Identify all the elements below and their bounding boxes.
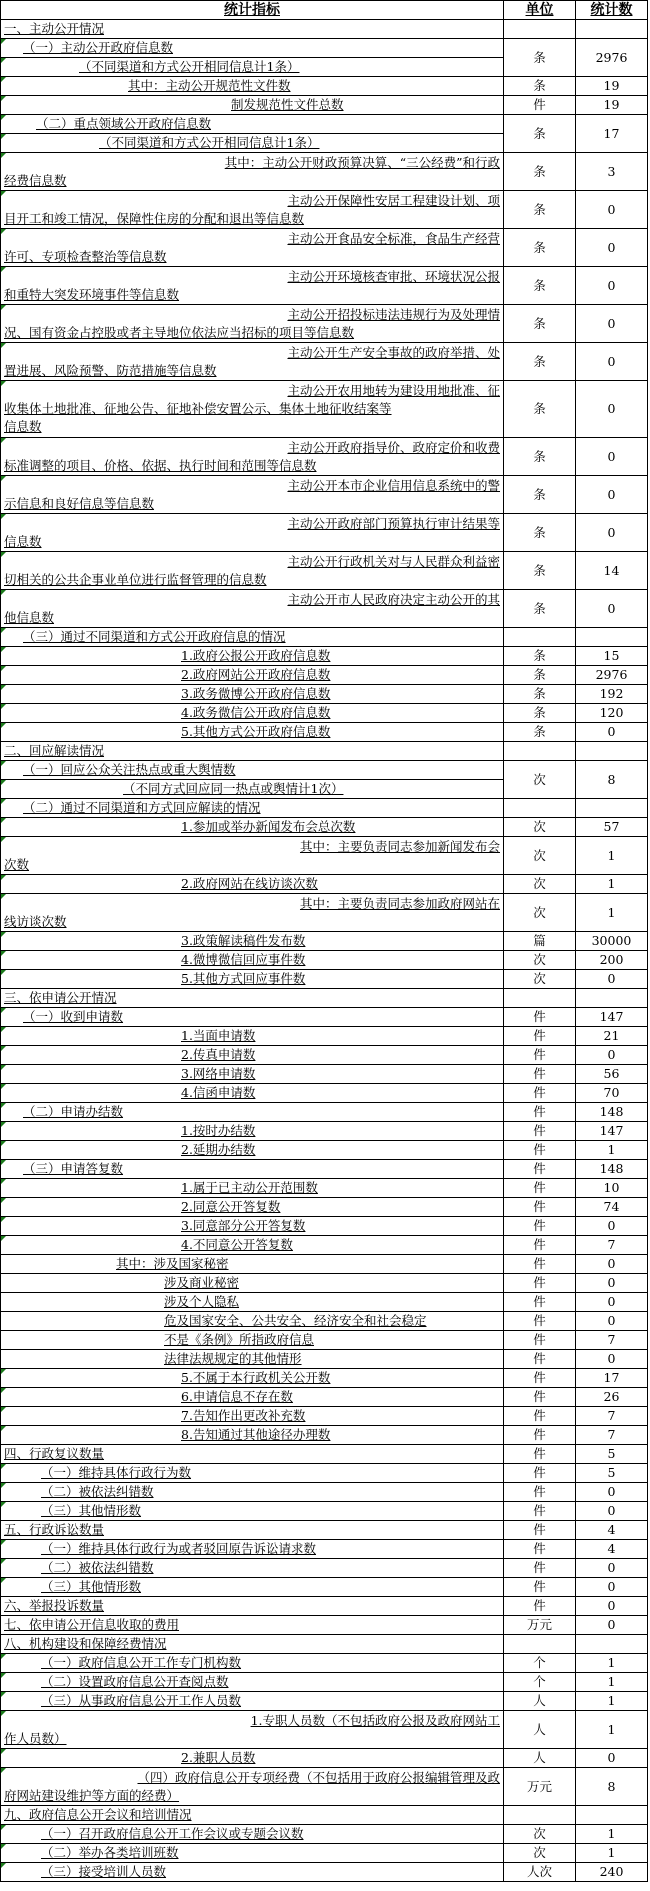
count-cell[interactable]: 0 <box>576 191 648 229</box>
row-label[interactable]: 主动公开生产安全事故的政府举措、处置进展、风险预警、防范措施等信息数 <box>1 343 504 381</box>
count-cell[interactable]: 0 <box>576 476 648 514</box>
row-label[interactable]: 3.同意部分公开答复数 <box>1 1217 504 1236</box>
section-label: 八、机构建设和保障经费情况 <box>1 1635 504 1654</box>
section-label: 五、行政诉讼数量 <box>1 1521 504 1540</box>
row-label[interactable]: 4.不同意公开答复数 <box>1 1236 504 1255</box>
row-prefix: 其中： <box>116 1256 154 1271</box>
row-label[interactable]: 1.政府公报公开政府信息数 <box>1 647 504 666</box>
table-row: 主动公开生产安全事故的政府举措、处置进展、风险预警、防范措施等信息数 条 0 <box>1 343 648 381</box>
row-label[interactable]: 4.信函申请数 <box>1 1084 504 1103</box>
table-row: 3.政务微博公开政府信息数 条 192 <box>1 685 648 704</box>
count-cell[interactable]: 17 <box>576 115 648 153</box>
count-cell[interactable]: 0 <box>576 723 648 742</box>
table-row: 主动公开本市企业信用信息系统中的警示信息和良好信息等信息数 条 0 <box>1 476 648 514</box>
table-row: 主动公开政府指导价、政府定价和收费标准调整的项目、价格、依据、执行时间和范围等信… <box>1 438 648 476</box>
count-cell[interactable]: 147 <box>576 1122 648 1141</box>
unit-cell[interactable]: 条 <box>504 590 576 628</box>
table-row: 主动公开食品安全标准，食品生产经营许可、专项检查整治等信息数 条 0 <box>1 229 648 267</box>
count-cell[interactable]: 30000 <box>576 932 648 951</box>
statistics-table: 统计指标 单位 统计数 一、主动公开情况 （一）主动公开政府信息数 条 2976… <box>0 0 648 1882</box>
table-row: （三）申请答复数 件 148 <box>1 1160 648 1179</box>
row-label[interactable]: （一）维持具体行政行为数 <box>1 1464 504 1483</box>
table-row: （二）通过不同渠道和方式回应解读的情况 <box>1 799 648 818</box>
row-label[interactable]: 6.申请信息不存在数 <box>1 1388 504 1407</box>
table-row: 不是《条例》所指政府信息 件 7 <box>1 1331 648 1350</box>
count-cell[interactable]: 240 <box>576 1863 648 1882</box>
unit-cell[interactable]: 件 <box>504 1255 576 1274</box>
unit-cell[interactable]: 条 <box>504 229 576 267</box>
unit-cell[interactable]: 件 <box>504 1179 576 1198</box>
section-label: 六、举报投诉数量 <box>1 1597 504 1616</box>
unit-cell[interactable]: 次 <box>504 761 576 799</box>
row-label[interactable]: 主动公开农用地转为建设用地批准、征收集体土地批准、征地公告、征地补偿安置公示、集… <box>1 381 504 438</box>
unit-cell[interactable]: 条 <box>504 723 576 742</box>
count-cell[interactable]: 0 <box>576 970 648 989</box>
row-label[interactable]: 其中：主要负责同志参加政府网站在线访谈次数 <box>1 894 504 932</box>
statistics-sheet: 统计指标 单位 统计数 一、主动公开情况 （一）主动公开政府信息数 条 2976… <box>0 0 647 1882</box>
unit-cell[interactable]: 个 <box>504 1673 576 1692</box>
section-row: 六、举报投诉数量 件 0 <box>1 1597 648 1616</box>
count-cell[interactable]: 1 <box>576 837 648 875</box>
count-cell[interactable]: 74 <box>576 1198 648 1217</box>
row-label[interactable]: 主动公开市人民政府决定主动公开的其他信息数 <box>1 590 504 628</box>
row-label[interactable]: 8.告知通过其他途径办理数 <box>1 1426 504 1445</box>
table-row: （一）回应公众关注热点或重大舆情数 次 8 <box>1 761 648 780</box>
unit-cell[interactable]: 万元 <box>504 1616 576 1635</box>
count-cell[interactable]: 1 <box>576 1711 648 1749</box>
unit-cell[interactable]: 条 <box>504 191 576 229</box>
row-label[interactable]: 4.微博微信回应事件数 <box>1 951 504 970</box>
header-count: 统计数 <box>576 1 648 20</box>
unit-cell[interactable]: 件 <box>504 1483 576 1502</box>
table-row: 1.属于已主动公开范围数 件 10 <box>1 1179 648 1198</box>
unit-cell[interactable]: 件 <box>504 1236 576 1255</box>
count-cell[interactable]: 200 <box>576 951 648 970</box>
count-cell[interactable]: 1 <box>576 894 648 932</box>
count-cell[interactable]: 1 <box>576 1141 648 1160</box>
count-cell[interactable]: 0 <box>576 1483 648 1502</box>
section-row: 八、机构建设和保障经费情况 <box>1 1635 648 1654</box>
unit-cell[interactable]: 件 <box>504 1198 576 1217</box>
table-row: 4.政务微信公开政府信息数 条 120 <box>1 704 648 723</box>
unit-cell[interactable]: 条 <box>504 77 576 96</box>
table-row: 主动公开政府部门预算执行审计结果等信息数 条 0 <box>1 514 648 552</box>
section-label: 一、主动公开情况 <box>1 20 504 39</box>
row-label[interactable]: 1.属于已主动公开范围数 <box>1 1179 504 1198</box>
row-label[interactable]: 4.政务微信公开政府信息数 <box>1 704 504 723</box>
table-row: 1.按时办结数 件 147 <box>1 1122 648 1141</box>
table-row: 涉及个人隐私 件 0 <box>1 1293 648 1312</box>
table-row: 主动公开保障性安居工程建设计划、项目开工和竣工情况，保障性住房的分配和退出等信息… <box>1 191 648 229</box>
section-row: 五、行政诉讼数量 件 4 <box>1 1521 648 1540</box>
row-label[interactable]: 其中：主动公开规范性文件数 <box>1 77 504 96</box>
row-label[interactable]: 1.按时办结数 <box>1 1122 504 1141</box>
unit-cell[interactable]: 条 <box>504 685 576 704</box>
count-cell[interactable]: 1 <box>576 1673 648 1692</box>
count-cell[interactable]: 4 <box>576 1521 648 1540</box>
section-label: 七、依申请公开信息收取的费用 <box>1 1616 504 1635</box>
count-cell[interactable]: 56 <box>576 1065 648 1084</box>
count-cell[interactable]: 1 <box>576 1692 648 1711</box>
row-label[interactable]: 制发规范性文件总数 <box>1 96 504 115</box>
count-cell[interactable]: 147 <box>576 1008 648 1027</box>
unit-cell[interactable]: 件 <box>504 1578 576 1597</box>
unit-cell[interactable]: 条 <box>504 704 576 723</box>
table-row: （二）举办各类培训班数 次 1 <box>1 1844 648 1863</box>
table-row: 3.同意部分公开答复数 件 0 <box>1 1217 648 1236</box>
unit-cell[interactable]: 件 <box>504 1160 576 1179</box>
row-label[interactable]: （三）通过不同渠道和方式公开政府信息的情况 <box>1 628 504 647</box>
row-label[interactable]: 5.其他方式回应事件数 <box>1 970 504 989</box>
section-row: 四、行政复议数量 件 5 <box>1 1445 648 1464</box>
count-cell[interactable]: 148 <box>576 1103 648 1122</box>
table-row: （二）设置政府信息公开查阅点数 个 1 <box>1 1673 648 1692</box>
row-label[interactable]: 1.专职人员数（不包括政府公报及政府网站工作人员数） <box>1 1711 504 1749</box>
count-cell[interactable]: 8 <box>576 1768 648 1806</box>
count-cell[interactable]: 0 <box>576 1046 648 1065</box>
row-note[interactable]: （不同渠道和方式公开相同信息计1条） <box>1 58 504 77</box>
unit-cell[interactable]: 件 <box>504 96 576 115</box>
count-cell[interactable]: 0 <box>576 229 648 267</box>
table-row: （一）维持具体行政行为或者驳回原告诉讼请求数 件 4 <box>1 1540 648 1559</box>
count-cell[interactable]: 19 <box>576 96 648 115</box>
table-row: 主动公开招投标违法违规行为及处理情况、国有资金占控股或者主导地位依法应当招标的项… <box>1 305 648 343</box>
unit-cell[interactable]: 条 <box>504 153 576 191</box>
table-row: 4.不同意公开答复数 件 7 <box>1 1236 648 1255</box>
table-row: 涉及商业秘密 件 0 <box>1 1274 648 1293</box>
table-row: 2.延期办结数 件 1 <box>1 1141 648 1160</box>
count-cell[interactable]: 0 <box>576 1293 648 1312</box>
unit-cell[interactable]: 条 <box>504 115 576 153</box>
table-row: 4.信函申请数 件 70 <box>1 1084 648 1103</box>
unit-cell[interactable]: 篇 <box>504 932 576 951</box>
row-label[interactable]: （三）从事政府信息公开工作人员数 <box>1 1692 504 1711</box>
table-row: （三）其他情形数 件 0 <box>1 1578 648 1597</box>
row-label[interactable]: 其中：主动公开财政预算决算、“三公经费”和行政经费信息数 <box>1 153 504 191</box>
count-cell[interactable]: 0 <box>576 590 648 628</box>
table-row: 1.政府公报公开政府信息数 条 15 <box>1 647 648 666</box>
table-row: （一）维持具体行政行为数 件 5 <box>1 1464 648 1483</box>
unit-cell[interactable]: 件 <box>504 1350 576 1369</box>
row-label[interactable]: （三）申请答复数 <box>1 1160 504 1179</box>
table-row: 主动公开市人民政府决定主动公开的其他信息数 条 0 <box>1 590 648 628</box>
row-label[interactable]: 3.政策解读稿件发布数 <box>1 932 504 951</box>
count-cell[interactable]: 1 <box>576 1844 648 1863</box>
unit-cell[interactable]: 条 <box>504 666 576 685</box>
count-cell[interactable]: 1 <box>576 875 648 894</box>
row-label[interactable]: 2.兼职人员数 <box>1 1749 504 1768</box>
row-label[interactable]: （三）其他情形数 <box>1 1502 504 1521</box>
row-label[interactable]: 危及国家安全、公共安全、经济安全和社会稳定 <box>1 1312 504 1331</box>
unit-cell[interactable]: 件 <box>504 1065 576 1084</box>
table-row: 2.政府网站公开政府信息数 条 2976 <box>1 666 648 685</box>
row-label[interactable]: 其中：涉及国家秘密 <box>1 1255 504 1274</box>
section-row: 七、依申请公开信息收取的费用 万元 0 <box>1 1616 648 1635</box>
row-label[interactable]: 7.告知作出更改补充数 <box>1 1407 504 1426</box>
unit-cell[interactable]: 件 <box>504 1084 576 1103</box>
table-row: 6.申请信息不存在数 件 26 <box>1 1388 648 1407</box>
table-row: 2.政府网站在线访谈次数 次 1 <box>1 875 648 894</box>
row-label[interactable]: 主动公开环境核查审批、环境状况公报和重特大突发环境事件等信息数 <box>1 267 504 305</box>
unit-cell[interactable]: 人 <box>504 1749 576 1768</box>
row-label[interactable]: （二）被依法纠错数 <box>1 1559 504 1578</box>
count-cell[interactable]: 7 <box>576 1331 648 1350</box>
row-label[interactable]: 2.传真申请数 <box>1 1046 504 1065</box>
row-label[interactable]: （二）举办各类培训班数 <box>1 1844 504 1863</box>
table-row: （四）政府信息公开专项经费（不包括用于政府公报编辑管理及政府网站建设维护等方面的… <box>1 1768 648 1806</box>
unit-cell[interactable]: 件 <box>504 1502 576 1521</box>
unit-cell[interactable]: 次 <box>504 894 576 932</box>
table-row: 主动公开环境核查审批、环境状况公报和重特大突发环境事件等信息数 条 0 <box>1 267 648 305</box>
count-cell[interactable]: 0 <box>576 305 648 343</box>
count-cell[interactable]: 0 <box>576 343 648 381</box>
count-cell[interactable]: 2976 <box>576 39 648 77</box>
table-row: 其中：主动公开规范性文件数 条 19 <box>1 77 648 96</box>
unit-cell[interactable]: 个 <box>504 1654 576 1673</box>
unit-cell[interactable]: 件 <box>504 1559 576 1578</box>
row-label[interactable]: （一）回应公众关注热点或重大舆情数 <box>1 761 504 780</box>
unit-cell[interactable]: 件 <box>504 1027 576 1046</box>
row-label[interactable]: （三）接受培训人员数 <box>1 1863 504 1882</box>
count-cell[interactable]: 21 <box>576 1027 648 1046</box>
unit-cell[interactable]: 次 <box>504 951 576 970</box>
count-cell[interactable]: 0 <box>576 1312 648 1331</box>
unit-cell[interactable]: 条 <box>504 647 576 666</box>
unit-cell[interactable]: 件 <box>504 1312 576 1331</box>
unit-cell[interactable]: 条 <box>504 343 576 381</box>
unit-cell[interactable]: 件 <box>504 1464 576 1483</box>
row-label[interactable]: 2.同意公开答复数 <box>1 1198 504 1217</box>
row-label[interactable]: （二）设置政府信息公开查阅点数 <box>1 1673 504 1692</box>
row-label[interactable]: （二）被依法纠错数 <box>1 1483 504 1502</box>
row-label[interactable]: 法律法规规定的其他情形 <box>1 1350 504 1369</box>
unit-cell[interactable]: 条 <box>504 476 576 514</box>
table-row: （二）被依法纠错数 件 0 <box>1 1559 648 1578</box>
unit-cell[interactable]: 人次 <box>504 1863 576 1882</box>
unit-cell[interactable]: 件 <box>504 1122 576 1141</box>
row-label[interactable]: 3.网络申请数 <box>1 1065 504 1084</box>
unit-cell[interactable]: 件 <box>504 1217 576 1236</box>
count-cell[interactable]: 0 <box>576 267 648 305</box>
table-row: 其中：主要负责同志参加新闻发布会次数 次 1 <box>1 837 648 875</box>
count-cell[interactable]: 3 <box>576 153 648 191</box>
count-cell[interactable]: 8 <box>576 761 648 799</box>
table-row: 制发规范性文件总数 件 19 <box>1 96 648 115</box>
table-row: （三）从事政府信息公开工作人员数 人 1 <box>1 1692 648 1711</box>
table-row: （二）申请办结数 件 148 <box>1 1103 648 1122</box>
unit-cell[interactable]: 件 <box>504 1274 576 1293</box>
table-row: 5.其他方式公开政府信息数 条 0 <box>1 723 648 742</box>
table-row: 2.传真申请数 件 0 <box>1 1046 648 1065</box>
count-cell[interactable]: 0 <box>576 1597 648 1616</box>
count-cell[interactable]: 0 <box>576 1749 648 1768</box>
table-row: 1.专职人员数（不包括政府公报及政府网站工作人员数） 人 1 <box>1 1711 648 1749</box>
table-row: 其中：涉及国家秘密 件 0 <box>1 1255 648 1274</box>
count-cell[interactable]: 0 <box>576 1255 648 1274</box>
count-cell[interactable]: 0 <box>576 438 648 476</box>
row-label[interactable]: 5.其他方式公开政府信息数 <box>1 723 504 742</box>
count-cell[interactable]: 192 <box>576 685 648 704</box>
row-label[interactable]: 主动公开保障性安居工程建设计划、项目开工和竣工情况，保障性住房的分配和退出等信息… <box>1 191 504 229</box>
unit-cell[interactable]: 次 <box>504 970 576 989</box>
section-row: 九、政府信息公开会议和培训情况 <box>1 1806 648 1825</box>
count-cell[interactable]: 0 <box>576 1274 648 1293</box>
header-unit: 单位 <box>504 1 576 20</box>
count-cell[interactable]: 57 <box>576 818 648 837</box>
row-label[interactable]: （二）申请办结数 <box>1 1103 504 1122</box>
row-label[interactable]: （四）政府信息公开专项经费（不包括用于政府公报编辑管理及政府网站建设维护等方面的… <box>1 1768 504 1806</box>
row-label[interactable]: 主动公开食品安全标准，食品生产经营许可、专项检查整治等信息数 <box>1 229 504 267</box>
count-cell[interactable]: 5 <box>576 1445 648 1464</box>
row-note[interactable]: （不同方式回应同一热点或舆情计1次） <box>1 780 504 799</box>
unit-cell[interactable]: 件 <box>504 1407 576 1426</box>
unit-cell[interactable]: 次 <box>504 1844 576 1863</box>
section-label: 二、回应解读情况 <box>1 742 504 761</box>
count-cell[interactable]: 10 <box>576 1179 648 1198</box>
count-cell[interactable]: 2976 <box>576 666 648 685</box>
unit-cell[interactable]: 条 <box>504 514 576 552</box>
unit-cell[interactable]: 条 <box>504 438 576 476</box>
count-cell[interactable]: 0 <box>576 1350 648 1369</box>
unit-cell[interactable]: 人 <box>504 1692 576 1711</box>
row-note[interactable]: （不同渠道和方式公开相同信息计1条） <box>1 134 504 153</box>
count-cell[interactable]: 14 <box>576 552 648 590</box>
table-row: 1.当面申请数 件 21 <box>1 1027 648 1046</box>
count-cell[interactable]: 17 <box>576 1369 648 1388</box>
row-label[interactable]: （一）维持具体行政行为或者驳回原告诉讼请求数 <box>1 1540 504 1559</box>
count-cell[interactable]: 7 <box>576 1426 648 1445</box>
row-label[interactable]: 2.政府网站在线访谈次数 <box>1 875 504 894</box>
row-label[interactable]: （一）召开政府信息公开工作会议或专题会议数 <box>1 1825 504 1844</box>
row-label[interactable]: 不是《条例》所指政府信息 <box>1 1331 504 1350</box>
count-cell[interactable]: 7 <box>576 1236 648 1255</box>
table-row: （一）政府信息公开工作专门机构数 个 1 <box>1 1654 648 1673</box>
count-cell[interactable]: 0 <box>576 1578 648 1597</box>
row-label[interactable]: （二）重点领域公开政府信息数 <box>1 115 504 134</box>
unit-cell[interactable]: 件 <box>504 1293 576 1312</box>
unit-cell[interactable]: 次 <box>504 818 576 837</box>
unit-cell[interactable]: 次 <box>504 1825 576 1844</box>
unit-cell[interactable]: 件 <box>504 1103 576 1122</box>
section-label: 四、行政复议数量 <box>1 1445 504 1464</box>
row-label[interactable]: 2.延期办结数 <box>1 1141 504 1160</box>
row-label[interactable]: 主动公开政府指导价、政府定价和收费标准调整的项目、价格、依据、执行时间和范围等信… <box>1 438 504 476</box>
row-label[interactable]: （二）通过不同渠道和方式回应解读的情况 <box>1 799 504 818</box>
table-row: 2.同意公开答复数 件 74 <box>1 1198 648 1217</box>
row-label[interactable]: 1.当面申请数 <box>1 1027 504 1046</box>
count-cell[interactable]: 4 <box>576 1540 648 1559</box>
row-label[interactable]: 其中：主要负责同志参加新闻发布会次数 <box>1 837 504 875</box>
count-cell[interactable]: 5 <box>576 1464 648 1483</box>
row-label[interactable]: （一）政府信息公开工作专门机构数 <box>1 1654 504 1673</box>
table-row: 3.网络申请数 件 56 <box>1 1065 648 1084</box>
unit-cell[interactable]: 次 <box>504 875 576 894</box>
count-cell[interactable]: 0 <box>576 1502 648 1521</box>
table-row: 7.告知作出更改补充数 件 7 <box>1 1407 648 1426</box>
unit-cell[interactable]: 件 <box>504 1445 576 1464</box>
table-row: （一）召开政府信息公开工作会议或专题会议数 次 1 <box>1 1825 648 1844</box>
unit-cell[interactable]: 次 <box>504 837 576 875</box>
table-row: 8.告知通过其他途径办理数 件 7 <box>1 1426 648 1445</box>
row-label[interactable]: 1.参加或举办新闻发布会总次数 <box>1 818 504 837</box>
table-row: （一）主动公开政府信息数 条 2976 <box>1 39 648 58</box>
unit-cell[interactable]: 万元 <box>504 1768 576 1806</box>
unit-cell[interactable]: 件 <box>504 1331 576 1350</box>
count-cell[interactable]: 148 <box>576 1160 648 1179</box>
count-cell[interactable]: 120 <box>576 704 648 723</box>
count-cell[interactable]: 15 <box>576 647 648 666</box>
row-label[interactable]: 涉及个人隐私 <box>1 1293 504 1312</box>
count-cell[interactable]: 7 <box>576 1407 648 1426</box>
count-cell[interactable]: 1 <box>576 1654 648 1673</box>
unit-cell[interactable]: 件 <box>504 1521 576 1540</box>
count-cell[interactable]: 0 <box>576 1217 648 1236</box>
section-label: 三、依申请公开情况 <box>1 989 504 1008</box>
unit-cell[interactable]: 件 <box>504 1046 576 1065</box>
table-row: 其中：主要负责同志参加政府网站在线访谈次数 次 1 <box>1 894 648 932</box>
row-label[interactable]: 主动公开招投标违法违规行为及处理情况、国有资金占控股或者主导地位依法应当招标的项… <box>1 305 504 343</box>
row-label[interactable]: 涉及商业秘密 <box>1 1274 504 1293</box>
unit-cell[interactable]: 件 <box>504 1540 576 1559</box>
unit-cell[interactable]: 条 <box>504 381 576 438</box>
row-label[interactable]: 主动公开行政机关对与人民群众利益密切相关的公共企事业单位进行监督管理的信息数 <box>1 552 504 590</box>
row-label[interactable]: （一）主动公开政府信息数 <box>1 39 504 58</box>
table-row: 主动公开农用地转为建设用地批准、征收集体土地批准、征地公告、征地补偿安置公示、集… <box>1 381 648 438</box>
row-label[interactable]: （一）收到申请数 <box>1 1008 504 1027</box>
table-row: （二）重点领域公开政府信息数 条 17 <box>1 115 648 134</box>
table-row: 2.兼职人员数 人 0 <box>1 1749 648 1768</box>
table-row: 3.政策解读稿件发布数 篇 30000 <box>1 932 648 951</box>
row-label[interactable]: （三）其他情形数 <box>1 1578 504 1597</box>
table-row: 4.微博微信回应事件数 次 200 <box>1 951 648 970</box>
count-cell[interactable]: 0 <box>576 381 648 438</box>
unit-cell[interactable]: 条 <box>504 267 576 305</box>
unit-cell[interactable]: 件 <box>504 1141 576 1160</box>
table-row: 5.其他方式回应事件数 次 0 <box>1 970 648 989</box>
count-cell[interactable]: 70 <box>576 1084 648 1103</box>
unit-cell[interactable]: 条 <box>504 552 576 590</box>
row-label[interactable]: 2.政府网站公开政府信息数 <box>1 666 504 685</box>
table-row: （三）其他情形数 件 0 <box>1 1502 648 1521</box>
unit-cell[interactable]: 件 <box>504 1388 576 1407</box>
count-cell[interactable]: 0 <box>576 514 648 552</box>
row-label[interactable]: 5.不属于本行政机关公开数 <box>1 1369 504 1388</box>
unit-cell[interactable]: 件 <box>504 1597 576 1616</box>
unit-cell[interactable]: 条 <box>504 39 576 77</box>
row-label[interactable]: 主动公开政府部门预算执行审计结果等信息数 <box>1 514 504 552</box>
row-label[interactable]: 主动公开本市企业信用信息系统中的警示信息和良好信息等信息数 <box>1 476 504 514</box>
table-row: 1.参加或举办新闻发布会总次数 次 57 <box>1 818 648 837</box>
unit-cell[interactable]: 件 <box>504 1008 576 1027</box>
table-row: （一）收到申请数 件 147 <box>1 1008 648 1027</box>
count-cell[interactable]: 1 <box>576 1825 648 1844</box>
count-cell[interactable]: 0 <box>576 1559 648 1578</box>
unit-cell[interactable]: 件 <box>504 1426 576 1445</box>
count-cell[interactable]: 0 <box>576 1616 648 1635</box>
section-row: 三、依申请公开情况 <box>1 989 648 1008</box>
section-row: 一、主动公开情况 <box>1 20 648 39</box>
count-cell[interactable]: 26 <box>576 1388 648 1407</box>
table-row: 5.不属于本行政机关公开数 件 17 <box>1 1369 648 1388</box>
count-cell[interactable]: 19 <box>576 77 648 96</box>
table-row: 法律法规规定的其他情形 件 0 <box>1 1350 648 1369</box>
unit-cell[interactable]: 人 <box>504 1711 576 1749</box>
row-label[interactable]: 3.政务微博公开政府信息数 <box>1 685 504 704</box>
table-row: 其中：主动公开财政预算决算、“三公经费”和行政经费信息数 条 3 <box>1 153 648 191</box>
unit-cell[interactable]: 件 <box>504 1369 576 1388</box>
header-indicator: 统计指标 <box>1 1 504 20</box>
unit-cell[interactable]: 条 <box>504 305 576 343</box>
